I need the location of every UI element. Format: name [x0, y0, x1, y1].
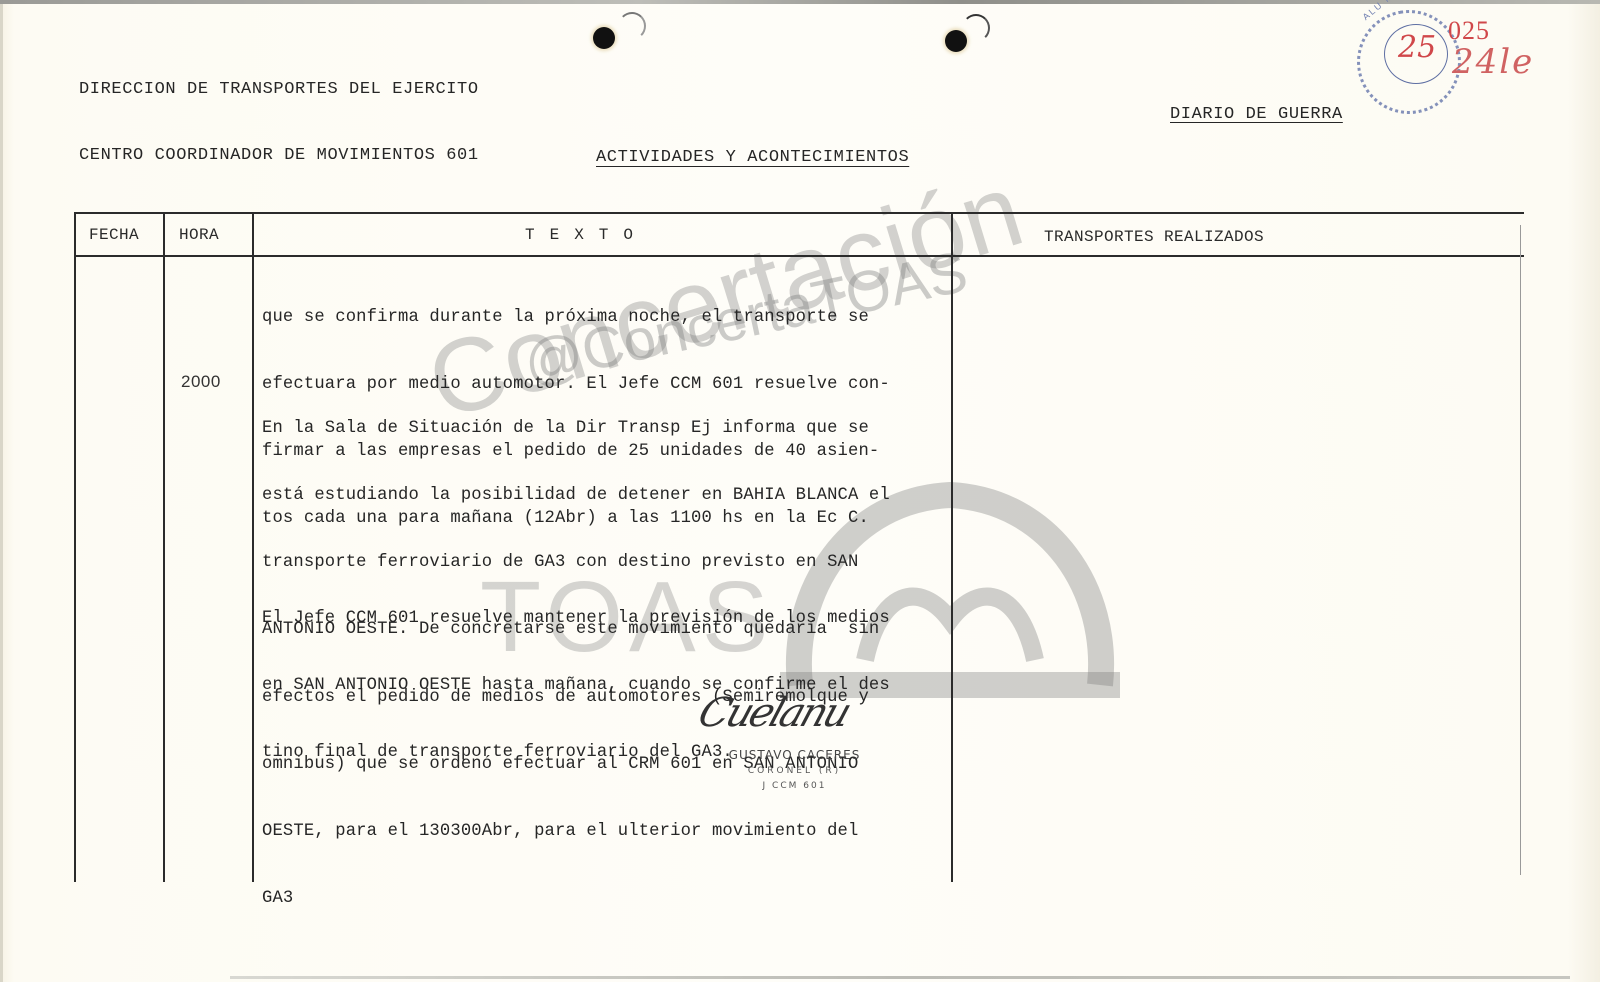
table-top-border — [76, 212, 1524, 214]
texto-transportes-divider — [951, 212, 953, 882]
table-right-border — [1520, 225, 1521, 875]
text-line: está estudiando la posibilidad de detene… — [262, 485, 890, 507]
diary-title: DIARIO DE GUERRA — [1170, 105, 1343, 124]
table-left-border — [74, 212, 76, 882]
punch-hole-left — [593, 27, 615, 49]
handwritten-signature: Cuelanu — [693, 690, 855, 736]
text-line: El Jefe CCM 601 resuelve mantener la pre… — [262, 608, 890, 630]
entry-hora: 2000 — [181, 372, 221, 392]
document-page: DIRECCION DE TRANSPORTES DEL EJERCITO CE… — [0, 0, 1600, 982]
signatory-post: J CCM 601 — [722, 781, 867, 791]
organization-line-2: CENTRO COORDINADOR DE MOVIMIENTOS 601 — [79, 145, 479, 167]
handwritten-folio-note: 24le — [1452, 42, 1534, 82]
handwritten-folio-number: 25 — [1398, 30, 1436, 65]
text-line: que se confirma durante la próxima noche… — [262, 307, 890, 329]
section-title: ACTIVIDADES Y ACONTECIMIENTOS — [596, 148, 909, 167]
signatory-name: GUSTAVO CACERES — [722, 748, 867, 762]
page-left-edge — [0, 4, 3, 982]
column-header-fecha: FECHA — [89, 226, 139, 244]
column-header-texto: TEXTO — [525, 226, 648, 244]
punch-hole-ring-left — [618, 12, 646, 40]
signatory-rank: CORONEL (R) — [722, 766, 867, 776]
hora-texto-divider — [252, 212, 254, 882]
page-top-edge — [0, 0, 1600, 4]
page-bottom-edge — [230, 976, 1570, 979]
punch-hole-right — [945, 30, 967, 52]
text-line: En la Sala de Situación de la Dir Transp… — [262, 418, 890, 440]
table-header-bottom-border — [76, 255, 1524, 257]
fecha-hora-divider — [163, 212, 165, 882]
organization-line-1: DIRECCION DE TRANSPORTES DEL EJERCITO — [79, 79, 479, 101]
column-header-hora: HORA — [179, 226, 219, 244]
organization-header: DIRECCION DE TRANSPORTES DEL EJERCITO CE… — [79, 35, 479, 211]
text-line: GA3 — [262, 888, 890, 910]
text-line: OESTE, para el 130300Abr, para el ulteri… — [262, 821, 890, 843]
column-header-transportes: TRANSPORTES REALIZADOS — [1044, 228, 1264, 246]
